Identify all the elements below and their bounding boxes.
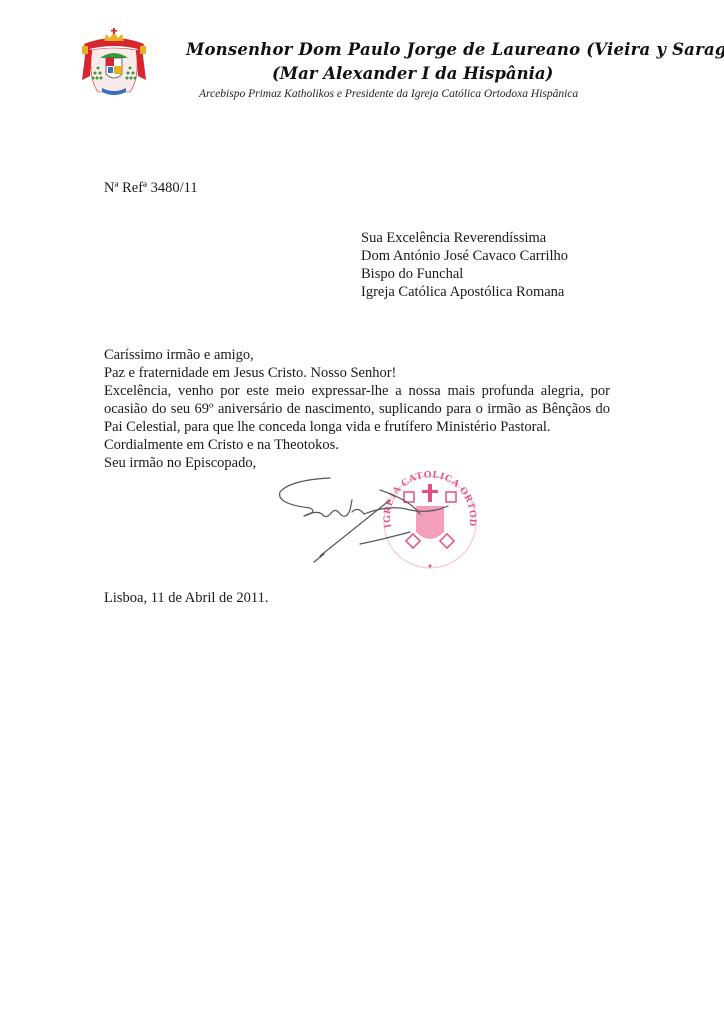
letter-page: Monsenhor Dom Paulo Jorge de Laureano (V… [0, 0, 724, 1024]
header-subtitle: (Mar Alexander I da Hispânia) [272, 64, 553, 83]
recipient-line: Dom António José Cavaco Carrilho [361, 247, 568, 265]
coat-of-arms-icon [78, 28, 150, 108]
recipient-line: Sua Excelência Reverendíssima [361, 229, 568, 247]
recipient-line: Igreja Católica Apostólica Romana [361, 283, 568, 301]
recipient-block: Sua Excelência Reverendíssima Dom Antóni… [361, 229, 568, 301]
paragraph-line: Pai Celestial, para que lhe conceda long… [104, 418, 610, 436]
svg-text:IGREJA CATÓLICA ORTODOXA HISPÂ: IGREJA CATÓLICA ORTODOXA HISPÂNICA [270, 470, 478, 529]
seal-icon: IGREJA CATÓLICA ORTODOXA HISPÂNICA [270, 470, 478, 568]
greeting: Caríssimo irmão e amigo, [104, 346, 610, 364]
paragraph-line: Excelência, venho por este meio expressa… [104, 382, 610, 400]
letter-body: Caríssimo irmão e amigo, Paz e fraternid… [104, 346, 610, 472]
reference-number: Nª Refª 3480/11 [104, 180, 198, 197]
place-date: Lisboa, 11 de Abril de 2011. [104, 590, 268, 607]
signature-and-seal: IGREJA CATÓLICA ORTODOXA HISPÂNICA [270, 470, 500, 580]
closing: Cordialmente em Cristo e na Theotokos. [104, 436, 610, 454]
salutation: Paz e fraternidade em Jesus Cristo. Noss… [104, 364, 610, 382]
recipient-line: Bispo do Funchal [361, 265, 568, 283]
paragraph-line: ocasião do seu 69º aniversário de nascim… [104, 400, 610, 418]
header-title: Monsenhor Dom Paulo Jorge de Laureano (V… [186, 40, 626, 59]
header-role: Arcebispo Primaz Katholikos e Presidente… [199, 88, 578, 100]
